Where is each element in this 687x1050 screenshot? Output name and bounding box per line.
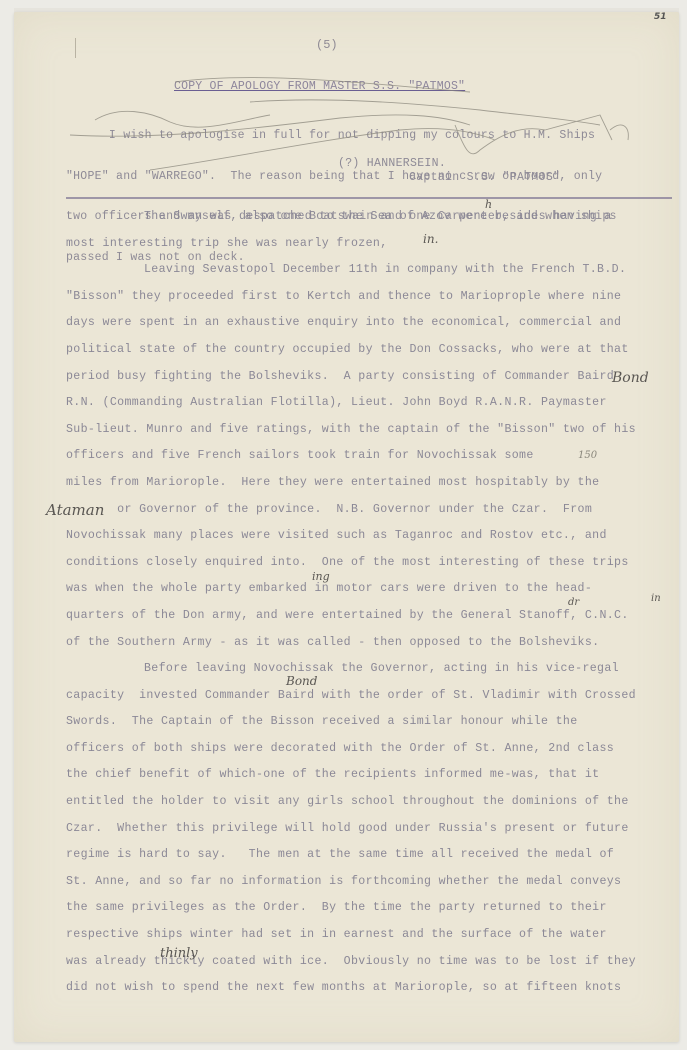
body-line: officers of both ships were decorated wi… (66, 739, 678, 766)
body-line: political state of the country occupied … (66, 340, 678, 367)
annotation-thinly: thinly (160, 946, 198, 961)
apology-title: COPY OF APOLOGY FROM MASTER S.S. "PATMOS… (174, 80, 465, 93)
body-line: R.N. (Commanding Australian Flotilla), L… (66, 393, 678, 420)
annotation-bond-2: Bond (286, 674, 317, 688)
annotation-ataman: Ataman (46, 501, 104, 519)
annotation-in: in. (423, 232, 438, 246)
body-line: "Bisson" they proceeded first to Kertch … (66, 287, 678, 314)
page-number: (5) (316, 38, 338, 52)
body-line: the chief benefit of which-one of the re… (66, 765, 678, 792)
signature-name: (?) HANNERSEIN. (338, 157, 446, 170)
body-line: St. Anne, and so far no information is f… (66, 872, 678, 899)
body-line: days were spent in an exhaustive enquiry… (66, 313, 678, 340)
annotation-bond-1: Bond (612, 370, 649, 386)
body-line: conditions closely enquired into. One of… (66, 553, 678, 580)
body-line: Sub-lieut. Munro and five ratings, with … (66, 420, 678, 447)
body-line: Leaving Sevastopol December 11th in comp… (66, 260, 678, 287)
body-line: most interesting trip she was nearly fro… (66, 234, 678, 261)
body-text: The Swan was despatched to the Sea of Az… (66, 207, 678, 1005)
signature-title: Captain S.S. "PATMOS" (409, 171, 560, 184)
body-line: period busy fighting the Bolsheviks. A p… (66, 367, 678, 394)
body-line: Czar. Whether this privilege will hold g… (66, 819, 678, 846)
body-line: of the Southern Army - as it was called … (66, 633, 678, 660)
body-line: was when the whole party embarked in mot… (66, 579, 678, 606)
body-line: entitled the holder to visit any girls s… (66, 792, 678, 819)
apology-line: I wish to apologise in full for not dipp… (66, 129, 666, 143)
body-line: miles from Mariorople. Here they were en… (66, 473, 678, 500)
body-line: Novochissak many places were visited suc… (66, 526, 678, 553)
margin-mark (75, 38, 76, 58)
body-line: respective ships winter had set in in ea… (66, 925, 678, 952)
body-line: the same privileges as the Order. By the… (66, 898, 678, 925)
section-divider (66, 197, 672, 199)
body-line: The Swan was despatched to the Sea of Az… (66, 207, 678, 234)
annotation-dr: dr (568, 597, 579, 608)
body-line: quarters of the Don army, and were enter… (66, 606, 678, 633)
body-line: Before leaving Novochissak the Governor,… (66, 659, 678, 686)
annotation-in-cnc: in (651, 593, 661, 604)
body-line: or Governor of the province. N.B. Govern… (66, 500, 678, 527)
body-line: regime is hard to say. The men at the sa… (66, 845, 678, 872)
annotation-h: h (485, 198, 492, 211)
body-line: Swords. The Captain of the Bisson receiv… (66, 712, 678, 739)
body-line: capacity invested Commander Baird with t… (66, 686, 678, 713)
annotation-ing: ing (312, 570, 330, 583)
body-line: did not wish to spend the next few month… (66, 978, 678, 1005)
body-line: was already thickly coated with ice. Obv… (66, 952, 678, 979)
apology-line: "HOPE" and "WARREGO". The reason being t… (66, 170, 666, 184)
folio-number: 51 (654, 12, 667, 22)
annotation-150: 150 (578, 450, 597, 461)
